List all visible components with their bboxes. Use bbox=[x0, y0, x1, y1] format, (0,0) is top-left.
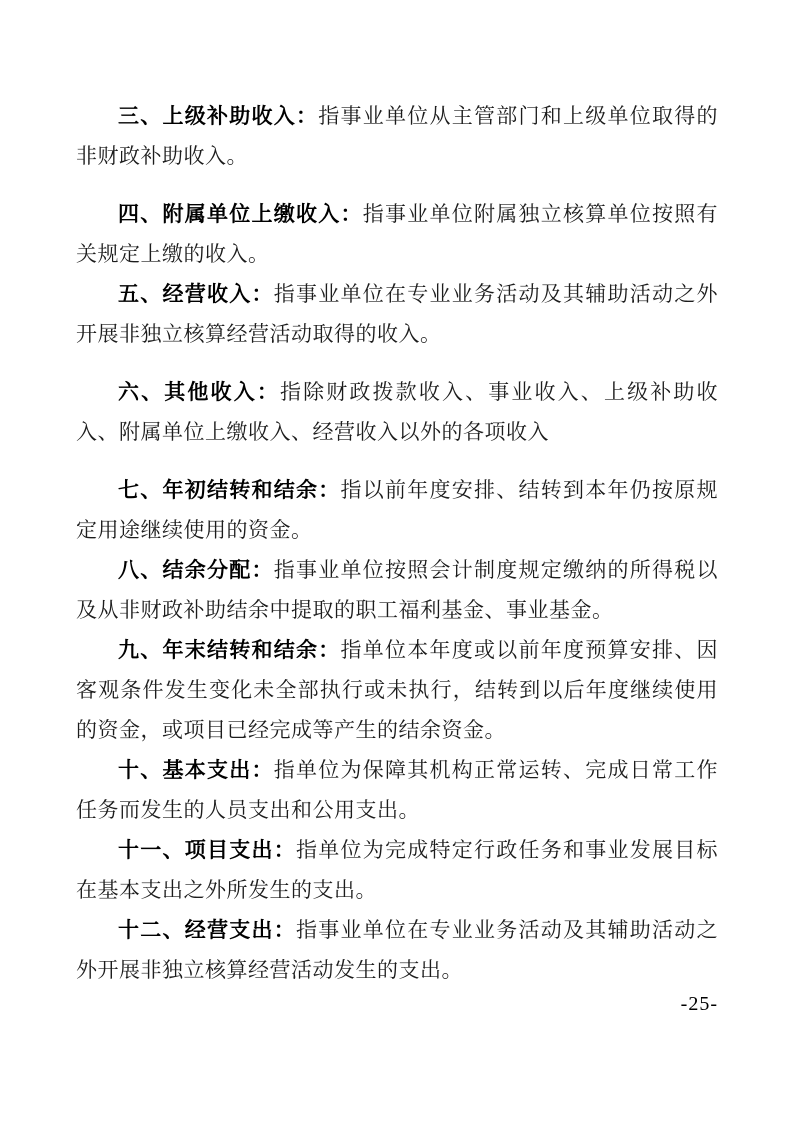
paragraph-heading: 六、其他收入： bbox=[118, 380, 280, 404]
paragraph-heading: 五、经营收入： bbox=[118, 282, 274, 306]
definition-paragraph: 九、年末结转和结余：指单位本年度或以前年度预算安排、因客观条件发生变化未全部执行… bbox=[76, 630, 718, 750]
definition-paragraph: 十一、项目支出：指单位为完成特定行政任务和事业发展目标在基本支出之外所发生的支出… bbox=[76, 830, 718, 910]
definition-paragraph: 七、年初结转和结余：指以前年度安排、结转到本年仍按原规定用途继续使用的资金。 bbox=[76, 470, 718, 550]
definition-paragraph: 十二、经营支出：指事业单位在专业业务活动及其辅助活动之外开展非独立核算经营活动发… bbox=[76, 910, 718, 990]
paragraph-heading: 十、基本支出： bbox=[118, 758, 274, 782]
paragraph-heading: 十一、项目支出： bbox=[118, 838, 296, 862]
definition-paragraph: 五、经营收入：指事业单位在专业业务活动及其辅助活动之外开展非独立核算经营活动取得… bbox=[76, 274, 718, 354]
paragraph-heading: 三、上级补助收入： bbox=[118, 104, 318, 128]
definition-paragraph: 六、其他收入：指除财政拨款收入、事业收入、上级补助收入、附属单位上缴收入、经营收… bbox=[76, 372, 718, 452]
paragraph-heading: 八、结余分配： bbox=[118, 558, 274, 582]
paragraph-heading: 九、年末结转和结余： bbox=[118, 638, 341, 662]
document-page: 三、上级补助收入：指事业单位从主管部门和上级单位取得的非财政补助收入。 四、附属… bbox=[0, 0, 793, 1122]
paragraph-heading: 四、附属单位上缴收入： bbox=[118, 202, 363, 226]
paragraph-heading: 七、年初结转和结余： bbox=[118, 478, 341, 502]
page-number: -25- bbox=[76, 992, 718, 1016]
paragraph-heading: 十二、经营支出： bbox=[118, 918, 296, 942]
definition-paragraph: 十、基本支出：指单位为保障其机构正常运转、完成日常工作任务而发生的人员支出和公用… bbox=[76, 750, 718, 830]
definition-paragraph: 三、上级补助收入：指事业单位从主管部门和上级单位取得的非财政补助收入。 bbox=[76, 96, 718, 176]
definition-paragraph: 八、结余分配：指事业单位按照会计制度规定缴纳的所得税以及从非财政补助结余中提取的… bbox=[76, 550, 718, 630]
document-body: 三、上级补助收入：指事业单位从主管部门和上级单位取得的非财政补助收入。 四、附属… bbox=[76, 96, 718, 990]
definition-paragraph: 四、附属单位上缴收入：指事业单位附属独立核算单位按照有关规定上缴的收入。 bbox=[76, 194, 718, 274]
